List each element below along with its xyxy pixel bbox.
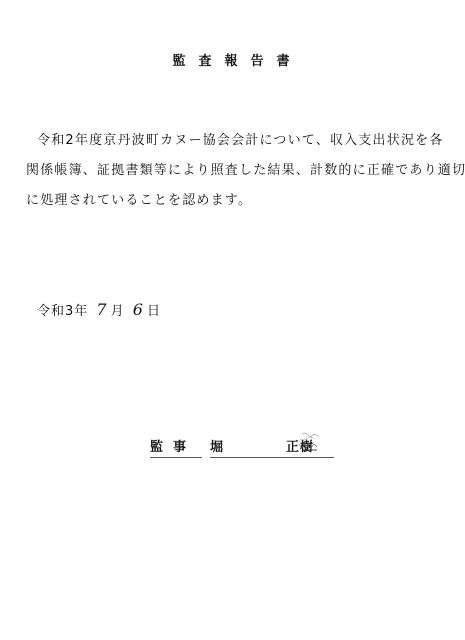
date-day-handwritten: 6 <box>133 300 144 319</box>
signer-surname: 堀 <box>210 436 286 458</box>
date-month-suffix: 月 <box>111 304 125 319</box>
signer-role: 監事 <box>150 436 202 458</box>
statement-line-3: に処理されていることを認めます。 <box>26 186 446 216</box>
date-day-suffix: 日 <box>147 304 161 319</box>
date-era-year: 令和3年 <box>37 304 88 319</box>
statement-line-1: 令和2年度京丹波町カヌー協会会計について、収入支出状況を各 <box>26 126 446 156</box>
document-date: 令和3年 7月 6日 <box>37 300 161 319</box>
date-month-handwritten: 7 <box>96 300 107 319</box>
document-title: 監査報告書 <box>0 50 465 69</box>
statement-line-2: 関係帳簿、証拠書類等により照査した結果、計数的に正確であり適切 <box>26 156 446 186</box>
document-page: 監査報告書 令和2年度京丹波町カヌー協会会計について、収入支出状況を各 関係帳簿… <box>0 0 465 640</box>
audit-statement: 令和2年度京丹波町カヌー協会会計について、収入支出状況を各 関係帳簿、証拠書類等… <box>26 126 446 216</box>
seal-mark-icon <box>294 430 324 456</box>
